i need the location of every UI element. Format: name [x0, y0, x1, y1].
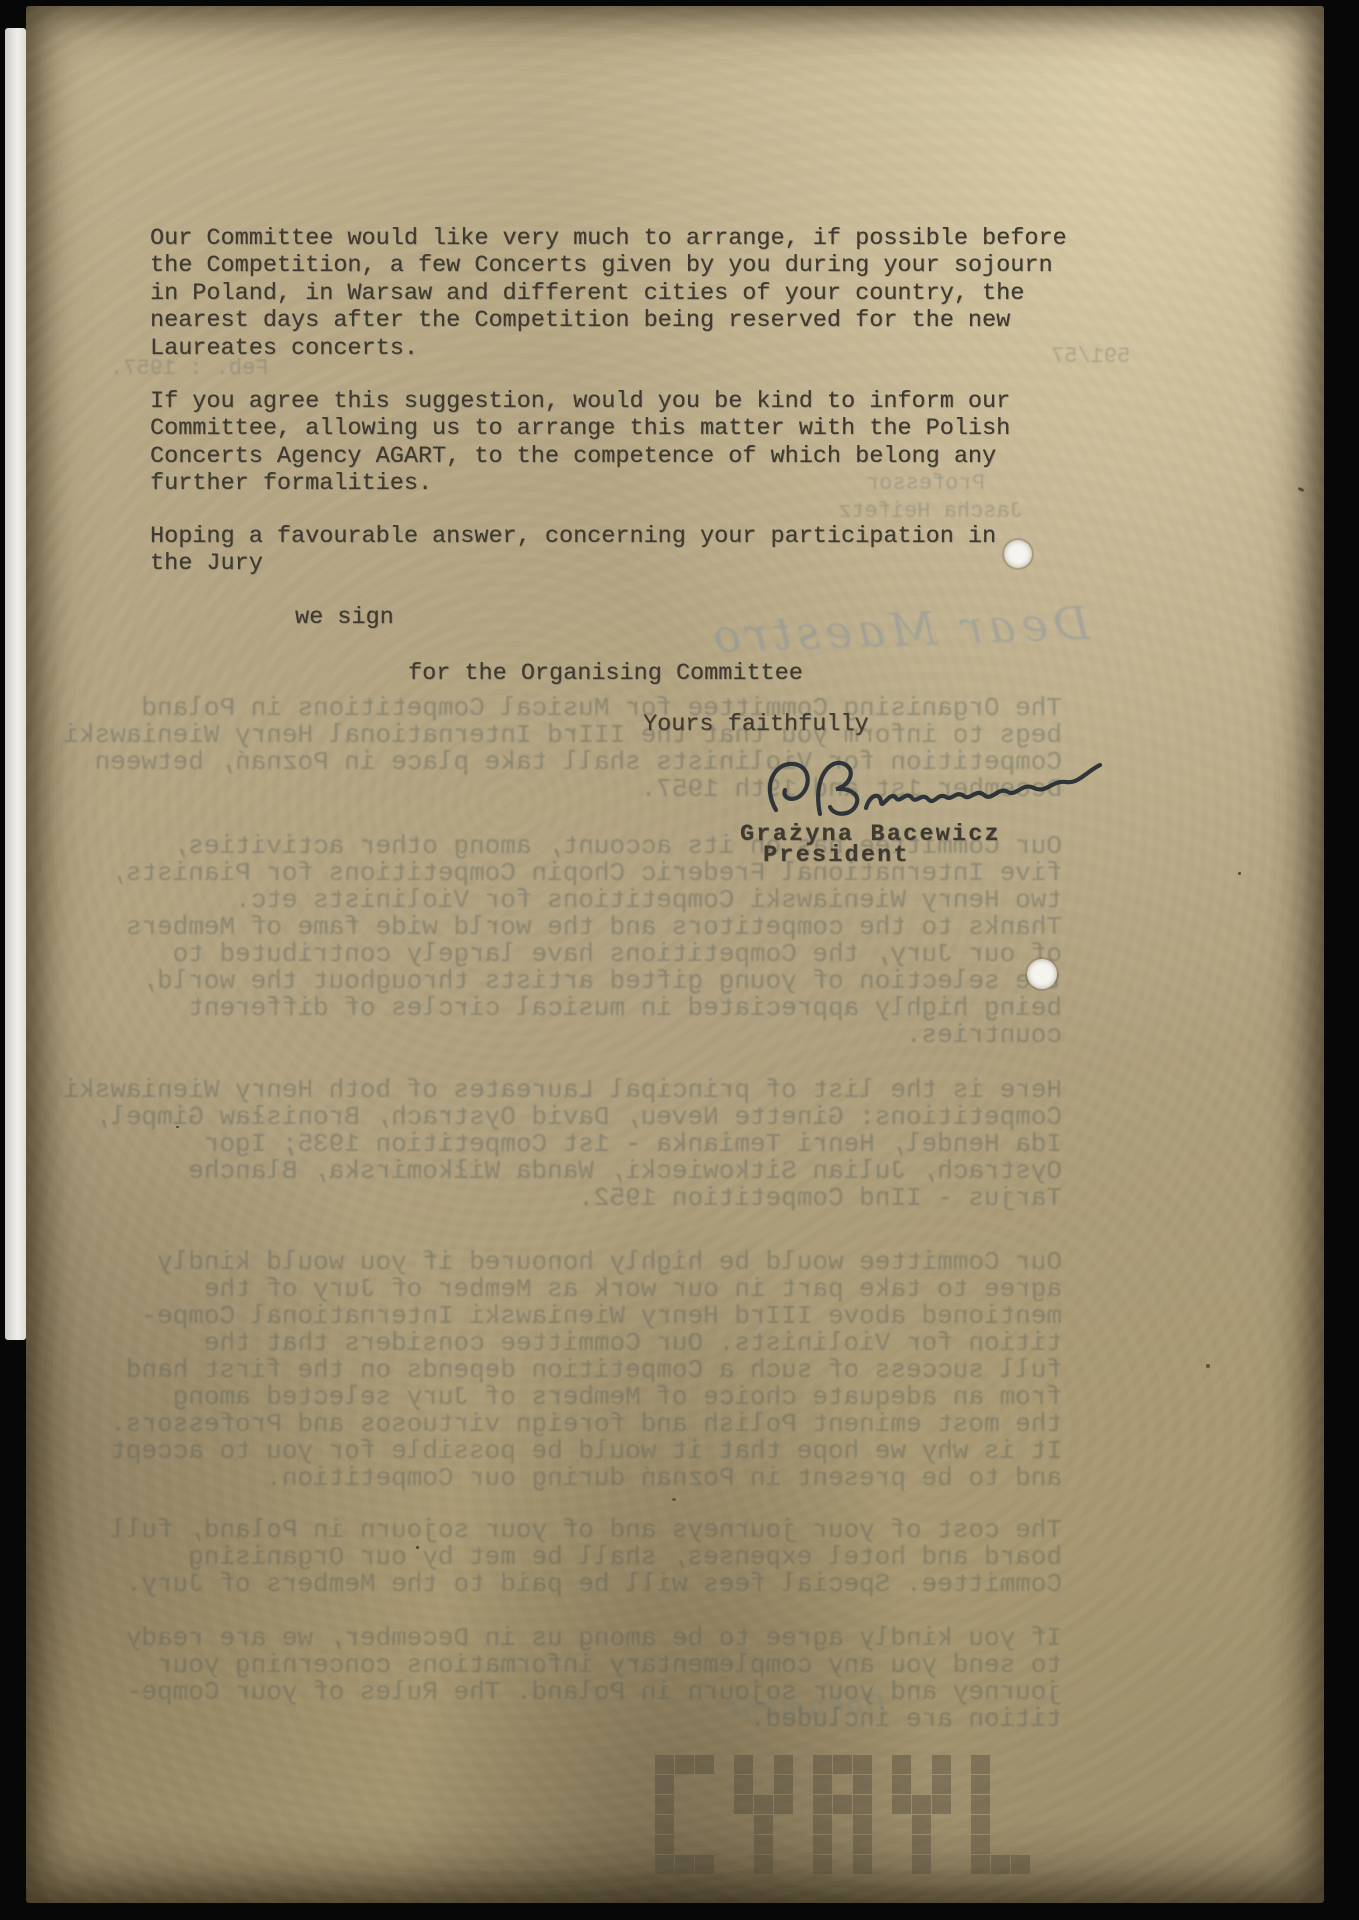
typed-paragraph-p2: If you agree this suggestion, would you … [150, 388, 1010, 498]
watermark-block [853, 1775, 872, 1794]
watermark-block [912, 1795, 931, 1814]
watermark-block [675, 1855, 694, 1874]
bleedthrough-line: two Henry Wieniawski Competitions for Vi… [34, 887, 1062, 914]
watermark-block [813, 1755, 832, 1774]
bleedthrough-line: mentioned above IIIrd Henry Wieniawski I… [34, 1303, 1062, 1330]
sign-intro: we sign [295, 604, 394, 631]
watermark-block [853, 1755, 872, 1774]
watermark-block [932, 1755, 951, 1774]
bleedthrough-line: the selection of young gifted artists th… [34, 968, 1062, 995]
watermark-block [774, 1755, 793, 1774]
bleedthrough-line: being highly appreciated in musical circ… [34, 995, 1062, 1022]
bleedthrough-line: the most eminent Polish and foreign virt… [34, 1411, 1062, 1438]
adjacent-page-edge [5, 28, 26, 1340]
paper-speck [832, 313, 837, 315]
bleedthrough-line: countries. [34, 1022, 1062, 1049]
handwritten-signature [754, 752, 1114, 832]
bleedthrough-blockF: If you kindly agree to be among us in De… [34, 1625, 1062, 1733]
watermark-block [971, 1755, 990, 1774]
watermark-cyryl [655, 1755, 1075, 1875]
watermark-block [754, 1795, 773, 1814]
bleedthrough-line: begs to inform you that the IIIrd Intern… [34, 722, 1062, 749]
watermark-block [655, 1815, 674, 1834]
paper-speck [1206, 1364, 1210, 1368]
watermark-block [754, 1815, 773, 1834]
typed-line: Concerts Agency AGART, to the competence… [150, 443, 1010, 470]
watermark-block [853, 1795, 872, 1814]
watermark-block [655, 1835, 674, 1854]
typed-line: Our Committee would like very much to ar… [150, 225, 1067, 252]
bleedthrough-line: tition for Violinists. Our Committee con… [34, 1330, 1062, 1357]
watermark-block [813, 1775, 832, 1794]
punch-hole-bottom [1027, 959, 1057, 989]
watermark-block [991, 1855, 1010, 1874]
bleedthrough-blockC: Here is the list of principal Laureates … [34, 1077, 1062, 1212]
typed-line: further formalities. [150, 470, 1010, 497]
bleedthrough-line: and to be present in Poznań during our C… [34, 1465, 1062, 1492]
typed-line: Hoping a favourable answer, concerning y… [150, 523, 996, 550]
typed-line: Laureates concerts. [150, 335, 1067, 362]
watermark-block [695, 1755, 714, 1774]
watermark-block [912, 1835, 931, 1854]
watermark-block [892, 1795, 911, 1814]
bleedthrough-line: Oystrach, Julian Sitkowiecki, Wanda Wiłk… [34, 1158, 1062, 1185]
watermark-block [734, 1795, 753, 1814]
watermark-block [774, 1795, 793, 1814]
watermark-block [754, 1855, 773, 1874]
paper-speck [176, 1126, 179, 1128]
watermark-block [912, 1815, 931, 1834]
bleedthrough-line: If you kindly agree to be among us in De… [34, 1625, 1062, 1652]
watermark-block [734, 1775, 753, 1794]
watermark-block [971, 1855, 990, 1874]
bleedthrough-line: from an adequate choice of Members of Ju… [34, 1384, 1062, 1411]
bleedthrough-line: Thanks to the competitors and the world … [34, 914, 1062, 941]
watermark-block [932, 1795, 951, 1814]
watermark-block [813, 1855, 832, 1874]
bleedthrough-line: Committee. Special fees will be paid to … [34, 1571, 1062, 1598]
watermark-block [853, 1855, 872, 1874]
watermark-block [1011, 1855, 1030, 1874]
bleedthrough-line: The cost of your journeys and of your so… [34, 1517, 1062, 1544]
paper-speck [672, 1498, 676, 1501]
bleedthrough-line: Ida Hendel, Henri Temianka - 1st Competi… [34, 1131, 1062, 1158]
watermark-block [971, 1795, 990, 1814]
watermark-block [675, 1755, 694, 1774]
bleedthrough-line: full success of such a Competition depen… [34, 1357, 1062, 1384]
bleedthrough-line: journey and your sojourn in Poland. The … [34, 1679, 1062, 1706]
bleedthrough-addressee-name: Jascha Heifetz [838, 498, 1023, 525]
watermark-block [892, 1755, 911, 1774]
paper-speck [1238, 872, 1241, 875]
watermark-block [655, 1855, 674, 1874]
scanned-letter-page: 591/57 Feb. : 1957. Professor Jascha Hei… [0, 0, 1359, 1920]
watermark-block [813, 1835, 832, 1854]
watermark-block [971, 1815, 990, 1834]
signatory-title: President [763, 842, 910, 869]
paper-speck [1298, 487, 1305, 492]
typed-line: nearest days after the Competition being… [150, 307, 1067, 334]
typed-line: the Competition, a few Concerts given by… [150, 252, 1067, 279]
typed-line: Committee, allowing us to arrange this m… [150, 415, 1010, 442]
bleedthrough-blockE: The cost of your journeys and of your so… [34, 1517, 1062, 1598]
bleedthrough-line: board and hotel expenses, shall be met b… [34, 1544, 1062, 1571]
watermark-block [695, 1855, 714, 1874]
watermark-block [912, 1855, 931, 1874]
watermark-block [754, 1835, 773, 1854]
punch-hole-top [1004, 540, 1032, 568]
bleedthrough-line: Competitions: Ginette Neveu, David Oystr… [34, 1104, 1062, 1131]
bleedthrough-line: Our Committee would be highly honoured i… [34, 1249, 1062, 1276]
typed-paragraph-p3: Hoping a favourable answer, concerning y… [150, 523, 996, 578]
watermark-block [892, 1775, 911, 1794]
watermark-block [655, 1795, 674, 1814]
bleedthrough-line: agree to take part in our work as Member… [34, 1276, 1062, 1303]
bleedthrough-blockD: Our Committee would be highly honoured i… [34, 1249, 1062, 1492]
typed-line: If you agree this suggestion, would you … [150, 388, 1010, 415]
bleedthrough-line: Here is the list of principal Laureates … [34, 1077, 1062, 1104]
watermark-block [971, 1775, 990, 1794]
typed-paragraph-p1: Our Committee would like very much to ar… [150, 225, 1067, 362]
watermark-block [833, 1755, 852, 1774]
watermark-block [813, 1795, 832, 1814]
on-behalf-line: for the Organising Committee [408, 660, 803, 687]
watermark-block [774, 1775, 793, 1794]
watermark-block [932, 1775, 951, 1794]
watermark-block [853, 1815, 872, 1834]
bleedthrough-salutation-handwritten: Dear Maestro [519, 596, 1091, 670]
watermark-block [971, 1835, 990, 1854]
paper-speck [416, 1546, 419, 1549]
bleedthrough-line: Tarjus - IInd Competition 1952. [34, 1185, 1062, 1212]
bleedthrough-line: tition are included. [34, 1706, 1062, 1733]
bleedthrough-line: It is why we hope that it would be possi… [34, 1438, 1062, 1465]
watermark-block [833, 1795, 852, 1814]
watermark-block [655, 1755, 674, 1774]
watermark-block [853, 1835, 872, 1854]
letter-paper: 591/57 Feb. : 1957. Professor Jascha Hei… [26, 6, 1324, 1903]
typed-line: in Poland, in Warsaw and different citie… [150, 280, 1067, 307]
typed-line: the Jury [150, 550, 996, 577]
bleedthrough-line: of our Jury, the Competitions have large… [34, 941, 1062, 968]
bleedthrough-line: to send you any complementary informatio… [34, 1652, 1062, 1679]
watermark-block [655, 1775, 674, 1794]
bleedthrough-line: The Organising Committee for Musical Com… [34, 695, 1062, 722]
valediction: Yours faithfully [643, 711, 869, 738]
watermark-block [734, 1755, 753, 1774]
watermark-block [813, 1815, 832, 1834]
